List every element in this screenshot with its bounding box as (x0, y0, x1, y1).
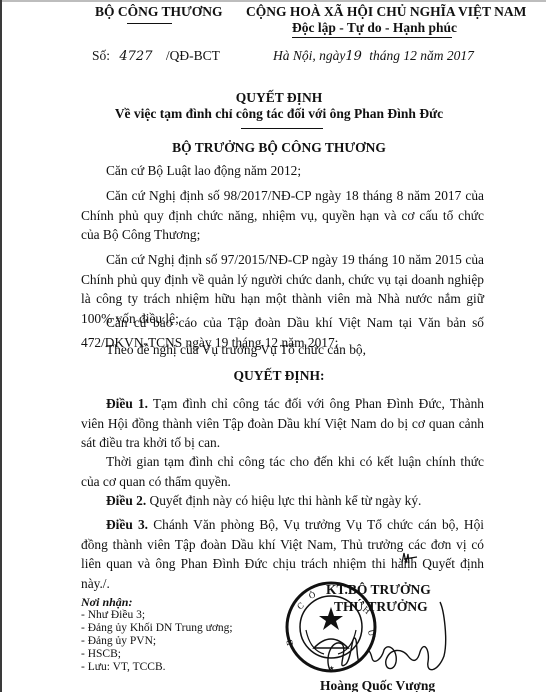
agency-name: BỘ CÔNG THƯƠNG (95, 4, 223, 20)
number-suffix: /QĐ-BCT (166, 48, 220, 63)
decision-heading: QUYẾT ĐỊNH: (0, 368, 546, 384)
issuing-authority: BỘ TRƯỞNG BỘ CÔNG THƯƠNG (0, 140, 546, 156)
agency-underline (127, 23, 172, 24)
initials-mark-icon (400, 551, 418, 565)
preamble-5: Theo đề nghị của Vụ trưởng Vụ Tổ chức cá… (81, 340, 484, 360)
signer-name: Hoàng Quốc Vượng (320, 678, 435, 692)
article-1-duration: Thời gian tạm đình chỉ công tác cho đến … (81, 452, 484, 491)
signature-title-1: KT.BỘ TRƯỞNG (326, 582, 431, 598)
article-1-label: Điều 1. (106, 396, 148, 411)
preamble-2: Căn cứ Nghị định số 98/2017/NĐ-CP ngày 1… (81, 186, 484, 245)
document-type: QUYẾT ĐỊNH (0, 90, 546, 106)
recipient-item: - HSCB; (81, 648, 233, 661)
recipient-item: - Đảng ủy PVN; (81, 635, 233, 648)
recipients-block: Nơi nhận: - Như Điều 3; - Đảng ủy Khối D… (81, 596, 233, 674)
svg-text:B: B (285, 639, 295, 646)
place-date-prefix: Hà Nội, ngày (273, 48, 345, 63)
place-date: Hà Nội, ngày19 tháng 12 năm 2017 (273, 48, 474, 64)
page-top-edge (0, 0, 546, 2)
subject-underline (241, 128, 323, 129)
country-name: CỘNG HOÀ XÃ HỘI CHỦ NGHĨA VIỆT NAM (246, 4, 526, 20)
recipient-item: - Như Điều 3; (81, 609, 233, 622)
day-handwritten: 19 (345, 49, 362, 64)
place-date-suffix: tháng 12 năm 2017 (369, 48, 474, 63)
national-motto: Độc lập - Tự do - Hạnh phúc (292, 20, 457, 36)
number-handwritten: 4727 (119, 49, 152, 64)
number-prefix: Số: (92, 48, 110, 63)
handwritten-signature-icon (318, 600, 468, 680)
recipient-item: - Đảng ủy Khối DN Trung ương; (81, 622, 233, 635)
recipient-item: - Lưu: VT, TCCB. (81, 661, 233, 674)
document-subject: Về việc tạm đình chỉ công tác đối với ôn… (0, 106, 546, 122)
motto-underline (292, 37, 452, 38)
article-3-label: Điều 3. (106, 517, 148, 532)
preamble-1: Căn cứ Bộ Luật lao động năm 2012; (81, 161, 484, 181)
article-2: Điều 2. Quyết định này có hiệu lực thi h… (81, 491, 484, 511)
document-number: Số: 4727 /QĐ-BCT (92, 48, 220, 64)
article-2-label: Điều 2. (106, 493, 146, 508)
article-1: Điều 1. Tạm đình chỉ công tác đối với ôn… (81, 394, 484, 453)
recipients-title: Nơi nhận: (81, 596, 233, 609)
